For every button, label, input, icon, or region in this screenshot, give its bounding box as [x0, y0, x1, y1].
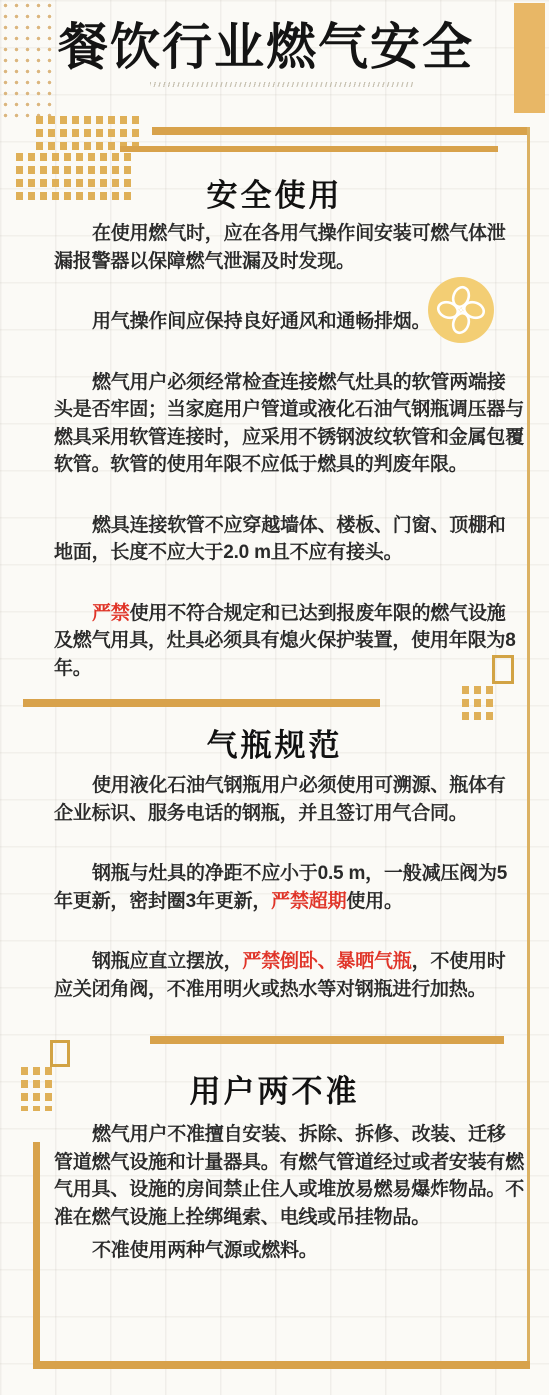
- body-text: 使用。: [346, 891, 402, 912]
- body-text: 不准使用两种气源或燃料。: [92, 1240, 318, 1261]
- outline-square-decoration: [50, 1040, 70, 1067]
- square-dot-pattern: [36, 116, 142, 150]
- section-divider-bar: [150, 1036, 504, 1044]
- body-text: 钢瓶应直立摆放，: [92, 951, 242, 972]
- body-text: 用气操作间应保持良好通风和通畅排烟。: [92, 311, 430, 332]
- paragraph: 燃气用户不准擅自安装、拆除、拆修、改装、迁移管道燃气设施和计量器具。有燃气管道经…: [54, 1121, 524, 1231]
- paragraph: 不准使用两种气源或燃料。: [54, 1237, 524, 1265]
- gas-safety-poster: 餐饮行业燃气安全 安全使用 气瓶规范 用户两不准 在使用燃气时，应在各用气操作间…: [0, 0, 549, 1395]
- paragraph: 在使用燃气时，应在各用气操作间安装可燃气体泄漏报警器以保障燃气泄漏及时发现。: [54, 220, 524, 275]
- paragraph: 用气操作间应保持良好通风和通畅排烟。: [54, 308, 524, 336]
- title-hatch-underline: [150, 82, 414, 87]
- warning-text: 严禁: [92, 603, 130, 624]
- frame-top-bar-secondary: [120, 146, 498, 152]
- body-text: 燃具连接软管不应穿越墙体、楼板、门窗、顶棚和地面，长度不应大于2.0 m且不应有…: [54, 515, 506, 564]
- paragraph: 严禁使用不符合规定和已达到报废年限的燃气设施及燃气用具，灶具必须具有熄火保护装置…: [54, 600, 524, 683]
- paragraph: 使用液化石油气钢瓶用户必须使用可溯源、瓶体有企业标识、服务电话的钢瓶，并且签订用…: [54, 772, 524, 827]
- paragraph: 燃气用户必须经常检查连接燃气灶具的软管两端接头是否牢固；当家庭用户管道或液化石油…: [54, 369, 524, 479]
- section-heading-user-prohibitions: 用户两不准: [0, 1066, 549, 1111]
- section-heading-safe-use: 安全使用: [0, 170, 549, 215]
- paragraph: 钢瓶与灶具的净距不应小于0.5 m，一般减压阀为5年更新，密封圈3年更新，严禁超…: [54, 860, 524, 915]
- frame-left-bar: [33, 1142, 40, 1368]
- body-text: 使用液化石油气钢瓶用户必须使用可溯源、瓶体有企业标识、服务电话的钢瓶，并且签订用…: [54, 775, 506, 824]
- section-heading-cylinder-rules: 气瓶规范: [0, 720, 549, 765]
- frame-bottom-bar: [33, 1361, 530, 1369]
- body-text: 燃气用户必须经常检查连接燃气灶具的软管两端接头是否牢固；当家庭用户管道或液化石油…: [54, 372, 524, 476]
- warning-text: 严禁超期: [271, 891, 346, 912]
- section-body-cylinder-rules: 使用液化石油气钢瓶用户必须使用可溯源、瓶体有企业标识、服务电话的钢瓶，并且签订用…: [54, 772, 524, 1036]
- paragraph: 钢瓶应直立摆放，严禁倒卧、暴晒气瓶，不使用时应关闭角阀，不准用明火或热水等对钢瓶…: [54, 948, 524, 1003]
- page-title: 餐饮行业燃气安全: [0, 14, 549, 80]
- body-text: 在使用燃气时，应在各用气操作间安装可燃气体泄漏报警器以保障燃气泄漏及时发现。: [54, 223, 506, 272]
- section-body-user-prohibitions: 燃气用户不准擅自安装、拆除、拆修、改装、迁移管道燃气设施和计量器具。有燃气管道经…: [54, 1121, 524, 1271]
- warning-text: 严禁倒卧、暴晒气瓶: [242, 951, 411, 972]
- frame-top-bar: [152, 127, 530, 135]
- paragraph: 燃具连接软管不应穿越墙体、楼板、门窗、顶棚和地面，长度不应大于2.0 m且不应有…: [54, 512, 524, 567]
- section-body-safe-use: 在使用燃气时，应在各用气操作间安装可燃气体泄漏报警器以保障燃气泄漏及时发现。用气…: [54, 220, 524, 715]
- body-text: 燃气用户不准擅自安装、拆除、拆修、改装、迁移管道燃气设施和计量器具。有燃气管道经…: [54, 1124, 524, 1228]
